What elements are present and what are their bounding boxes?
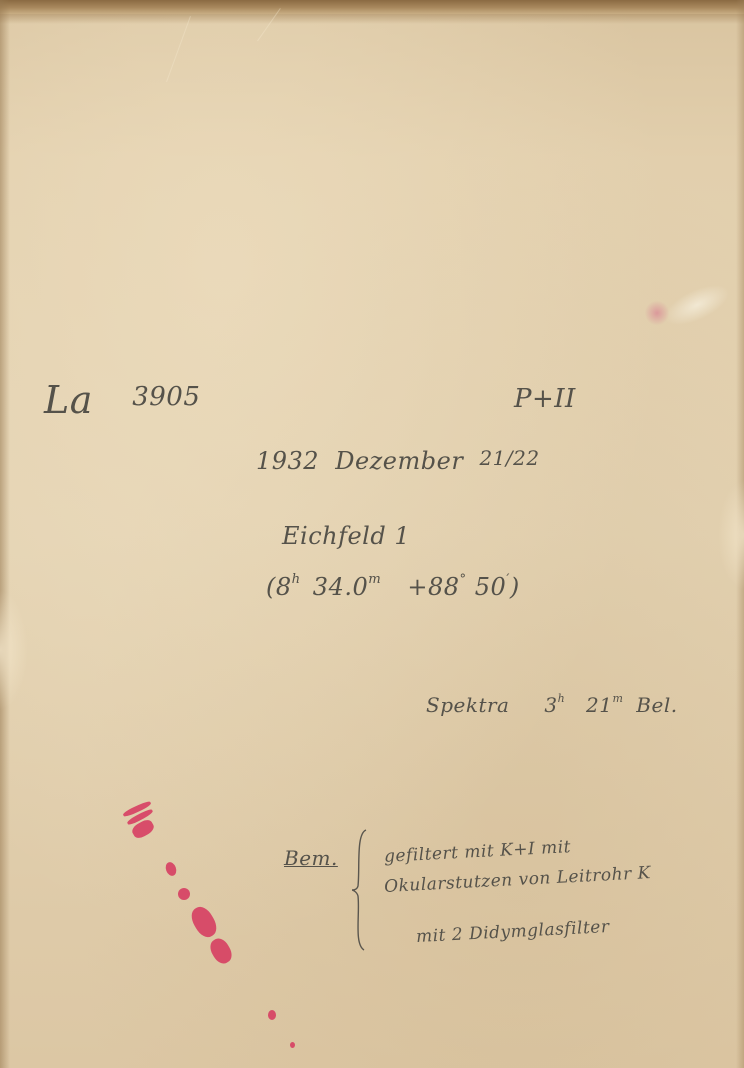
- date-month: Dezember: [335, 447, 463, 475]
- red-stain: [178, 888, 190, 900]
- dec-minutes: 50: [475, 573, 507, 601]
- paper-crease: [166, 16, 191, 82]
- date-year: 1932: [256, 447, 319, 475]
- red-stain: [164, 861, 178, 878]
- exposure-hours: 3: [544, 693, 557, 717]
- faint-red-stain: [645, 300, 669, 326]
- ra-minutes-unit: m: [368, 572, 381, 587]
- exposure-label: Spektra: [426, 693, 509, 717]
- red-stain: [290, 1042, 295, 1048]
- exposure-suffix: Bel.: [636, 693, 677, 717]
- plate-id: La 3905: [44, 378, 200, 422]
- right-tear-mark: [718, 480, 744, 590]
- ra-hours-unit: h: [292, 572, 301, 587]
- red-stain: [268, 1010, 276, 1020]
- date-night: 21/22: [479, 446, 539, 470]
- exposure-line: Spektra 3h 21m Bel.: [426, 692, 678, 717]
- observation-date: 1932 Dezember 21/22: [256, 446, 540, 475]
- dec-degrees: +88: [407, 573, 459, 601]
- top-fold-edge: [0, 0, 744, 14]
- surface-scuff: [659, 277, 735, 334]
- ra-minutes: 34.0: [313, 573, 368, 601]
- document-sheet: La 3905 P+II 1932 Dezember 21/22 Eichfel…: [0, 0, 744, 1068]
- top-fold-shadow: [0, 14, 744, 24]
- dec-degrees-unit: °: [460, 572, 467, 587]
- remarks-label: Bem.: [284, 846, 338, 870]
- exposure-hours-unit: h: [558, 692, 566, 705]
- left-edge-shadow: [0, 0, 10, 1068]
- remark-line-1: gefiltert mit K+I mit: [384, 837, 572, 867]
- field-name: Eichfeld 1: [282, 522, 410, 550]
- exposure-minutes: 21: [586, 693, 612, 717]
- curly-brace-icon: [350, 828, 370, 952]
- ra-hours: 8: [276, 573, 292, 601]
- red-stain: [207, 935, 236, 967]
- plate-prefix: La: [44, 378, 93, 422]
- remark-line-2: Okularstutzen von Leitrohr K: [384, 863, 652, 897]
- red-stain: [187, 903, 220, 941]
- plate-number: 3905: [132, 382, 200, 412]
- remark-line-3: mit 2 Didymglasfilter: [416, 917, 610, 947]
- plate-type: P+II: [514, 384, 576, 414]
- left-tear-mark: [0, 590, 28, 710]
- exposure-minutes-unit: m: [612, 692, 623, 705]
- field-coordinates: (8h 34.0m +88° 50′): [266, 572, 520, 601]
